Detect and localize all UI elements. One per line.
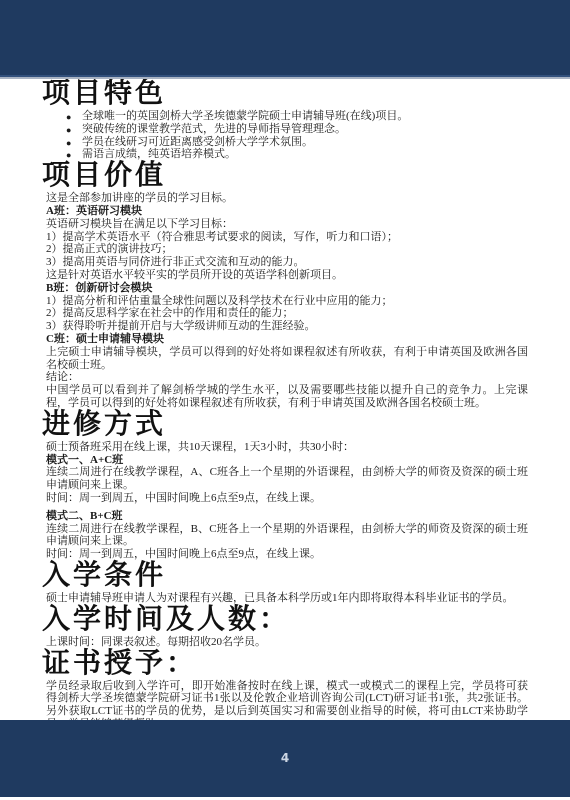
bullet-text: 突破传统的课堂教学范式，先进的导师指导管理理念。 — [82, 123, 346, 135]
header-navy-band — [0, 0, 570, 79]
paragraph: 中国学员可以看到并了解剑桥学城的学生水平，以及需要哪些技能以提升自己的竞争力。上… — [46, 384, 528, 410]
paragraph: 时间：周一到周五，中国时间晚上6点至9点，在线上课。 — [46, 548, 528, 561]
paragraph: 上完硕士申请辅导模块，学员可以得到的好处将如课程叙述有所收获，有利于申请英国及欧… — [46, 346, 528, 372]
paragraph: 连续二周进行在线教学课程，B、C班各上一个星期的外语课程，由剑桥大学的师资及资深… — [46, 523, 528, 549]
subheading-paragraph: A班：英语研习模块 — [46, 205, 528, 218]
paragraph: 上课时间：同课表叙述。每期招收20名学员。 — [46, 636, 528, 649]
page-number: 4 — [0, 751, 570, 765]
bullet-icon: ● — [66, 111, 71, 123]
section-heading: 进修方式 — [42, 410, 528, 440]
bullet-item: ●学员在线研习可近距离感受剑桥大学学术氛围。 — [46, 136, 528, 149]
section-heading: 入学时间及人数： — [42, 605, 528, 635]
bullet-icon: ● — [66, 137, 71, 149]
paragraph: 3）提高用英语与同侪进行非正式交流和互动的能力。 — [46, 256, 528, 269]
bullet-item: ●突破传统的课堂教学范式，先进的导师指导管理理念。 — [46, 123, 528, 136]
paragraph: 时间：周一到周五，中国时间晚上6点至9点，在线上课。 — [46, 492, 528, 505]
section-heading: 项目价值 — [42, 161, 528, 191]
bullet-item: ●全球唯一的英国剑桥大学圣埃德蒙学院硕士申请辅导班(在线)项目。 — [46, 110, 528, 123]
paragraph: 3）获得聆听并提前开启与大学级讲师互动的生涯经验。 — [46, 320, 528, 333]
bullet-text: 全球唯一的英国剑桥大学圣埃德蒙学院硕士申请辅导班(在线)项目。 — [82, 110, 408, 122]
paragraph: 这是针对英语水平较平实的学员所开设的英语学科创新项目。 — [46, 269, 528, 282]
bullet-item: ●需语言成绩，纯英语培养模式。 — [46, 148, 528, 161]
subheading-paragraph: 模式一、A+C班 — [46, 454, 528, 467]
subheading-paragraph: B班：创新研讨会模块 — [46, 282, 528, 295]
section-heading: 证书授予： — [42, 649, 528, 679]
paragraph: 硕士预备班采用在线上课，共10天课程，1天3小时，共30小时： — [46, 441, 528, 454]
bullet-icon: ● — [66, 124, 71, 136]
document-page: { "page": { "footer_page_number": "4", "… — [0, 0, 570, 800]
paragraph: 2）提高反思科学家在社会中的作用和责任的能力； — [46, 307, 528, 320]
paragraph: 结论： — [46, 371, 528, 384]
document-body: 项目特色●全球唯一的英国剑桥大学圣埃德蒙学院硕士申请辅导班(在线)项目。●突破传… — [0, 79, 570, 720]
paragraph: 1）提高分析和评估重量全球性问题以及科学技术在行业中应用的能力； — [46, 295, 528, 308]
paragraph: 英语研习模块旨在满足以下学习目标： — [46, 218, 528, 231]
bullet-icon: ● — [66, 149, 71, 161]
paragraph: 连续二周进行在线教学课程，A、C班各上一个星期的外语课程，由剑桥大学的师资及资深… — [46, 466, 528, 492]
subheading-paragraph: C班：硕士申请辅导模块 — [46, 333, 528, 346]
paragraph: 2）提高正式的演讲技巧； — [46, 243, 528, 256]
paragraph: 1）提高学术英语水平（符合雅思考试要求的阅读，写作，听力和口语）； — [46, 231, 528, 244]
paragraph: 这是全部参加讲座的学员的学习目标。 — [46, 192, 528, 205]
section-heading: 入学条件 — [42, 561, 528, 591]
paragraph: 学员经录取后收到入学许可，即开始准备按时在线上课，模式一或模式二的课程上完，学员… — [46, 680, 528, 721]
bullet-text: 学员在线研习可近距离感受剑桥大学学术氛围。 — [82, 136, 313, 148]
section-heading: 项目特色 — [42, 79, 528, 109]
footer-navy-band: 4 — [0, 720, 570, 797]
paragraph: 硕士申请辅导班申请人为对课程有兴趣，已具备本科学历或1年内即将取得本科毕业证书的… — [46, 592, 528, 605]
subheading-paragraph: 模式二、B+C班 — [46, 510, 528, 523]
bullet-text: 需语言成绩，纯英语培养模式。 — [82, 148, 236, 160]
